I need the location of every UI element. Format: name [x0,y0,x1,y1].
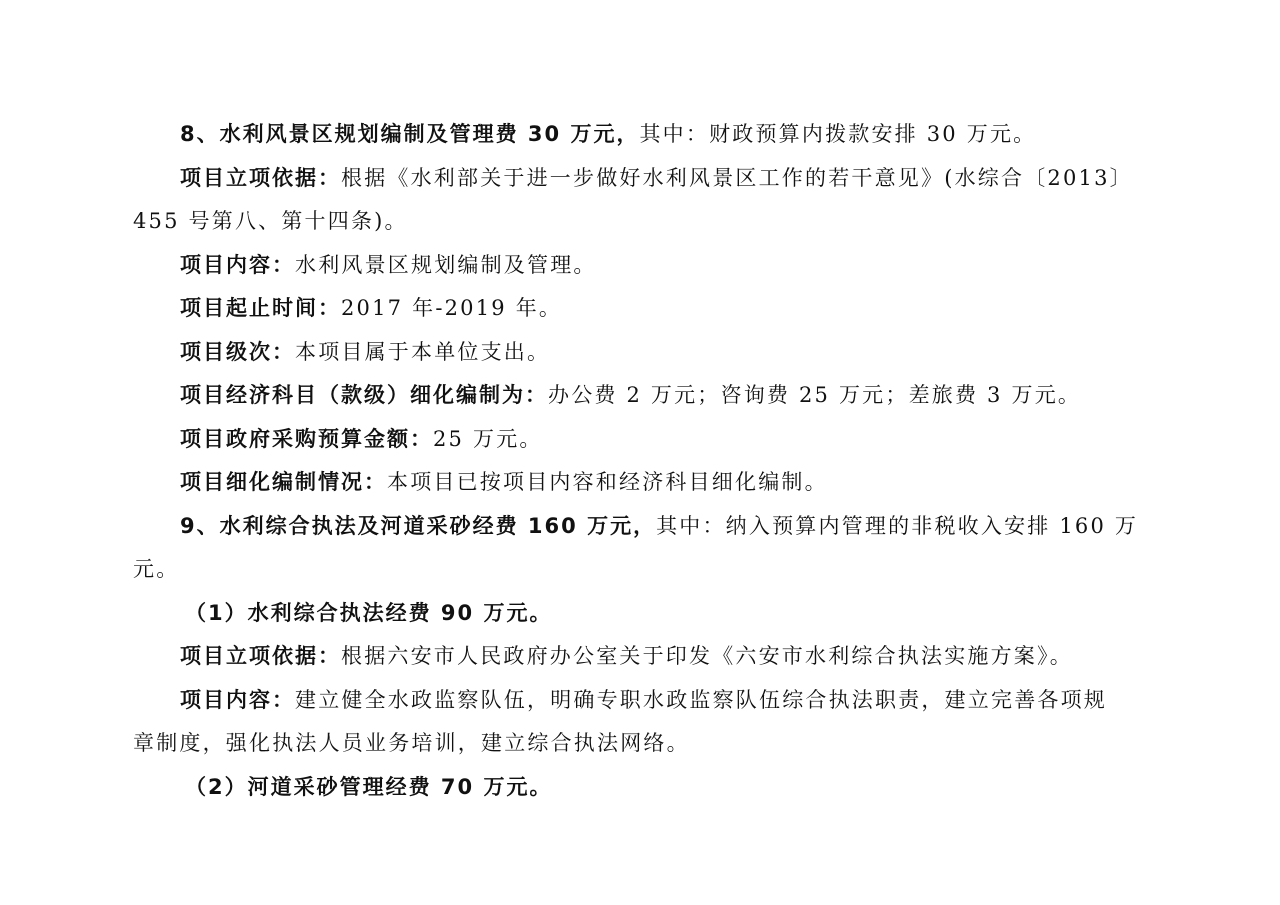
detail-text: 本项目已按项目内容和经济科目细化编制。 [387,470,828,494]
basis-label: 项目立项依据： [180,166,341,190]
item-8-content: 项目内容：水利风景区规划编制及管理。 [133,244,1151,288]
item-8-funding: 其中：财政预算内拨款安排 30 万元。 [639,122,1036,146]
level-label: 项目级次： [180,340,295,364]
basis-text: 根据六安市人民政府办公室关于印发《六安市水利综合执法实施方案》。 [341,644,1073,668]
period-text: 2017 年-2019 年。 [341,296,562,320]
document-page: 8、水利风景区规划编制及管理费 30 万元，其中：财政预算内拨款安排 30 万元… [133,113,1151,809]
content-text: 建立健全水政监察队伍，明确专职水政监察队伍综合执法职责，建立完善各项规 [295,688,1107,712]
item-9-1-heading: （1）水利综合执法经费 90 万元。 [133,592,1151,636]
economic-text: 办公费 2 万元；咨询费 25 万元；差旅费 3 万元。 [548,383,1081,407]
item-8-economic: 项目经济科目（款级）细化编制为：办公费 2 万元；咨询费 25 万元；差旅费 3… [133,374,1151,418]
item-8-basis-line-1: 项目立项依据：根据《水利部关于进一步做好水利风景区工作的若干意见》(水综合〔20… [133,157,1151,201]
item-9-2-heading: （2）河道采砂管理经费 70 万元。 [133,766,1151,810]
item-9-heading: 9、水利综合执法及河道采砂经费 160 万元，其中：纳入预算内管理的非税收入安排… [133,505,1151,549]
item-8-procurement: 项目政府采购预算金额：25 万元。 [133,418,1151,462]
item-8-title: 8、水利风景区规划编制及管理费 30 万元， [180,122,639,146]
item-8-heading: 8、水利风景区规划编制及管理费 30 万元，其中：财政预算内拨款安排 30 万元… [133,113,1151,157]
item-8-basis-line-2: 455 号第八、第十四条)。 [133,200,1151,244]
item-8-period: 项目起止时间：2017 年-2019 年。 [133,287,1151,331]
economic-label: 项目经济科目（款级）细化编制为： [180,383,548,407]
content-text: 水利风景区规划编制及管理。 [295,253,597,277]
item-8-detail: 项目细化编制情况：本项目已按项目内容和经济科目细化编制。 [133,461,1151,505]
item-9-funding: 其中：纳入预算内管理的非税收入安排 160 万 [656,514,1138,538]
item-9-funding-continued: 元。 [133,557,179,581]
content-label: 项目内容： [180,688,295,712]
item-9-1-basis: 项目立项依据：根据六安市人民政府办公室关于印发《六安市水利综合执法实施方案》。 [133,635,1151,679]
basis-label: 项目立项依据： [180,644,341,668]
basis-text-continued: 455 号第八、第十四条)。 [133,209,408,233]
level-text: 本项目属于本单位支出。 [295,340,550,364]
item-8-level: 项目级次：本项目属于本单位支出。 [133,331,1151,375]
item-9-heading-continued: 元。 [133,548,1151,592]
period-label: 项目起止时间： [180,296,341,320]
detail-label: 项目细化编制情况： [180,470,387,494]
procurement-text: 25 万元。 [433,427,543,451]
item-9-1-content-line-1: 项目内容：建立健全水政监察队伍，明确专职水政监察队伍综合执法职责，建立完善各项规 [133,679,1151,723]
content-text-continued: 章制度，强化执法人员业务培训，建立综合执法网络。 [133,731,690,755]
procurement-label: 项目政府采购预算金额： [180,427,433,451]
basis-text: 根据《水利部关于进一步做好水利风景区工作的若干意见》(水综合〔2013〕 [341,166,1133,190]
item-9-1-content-line-2: 章制度，强化执法人员业务培训，建立综合执法网络。 [133,722,1151,766]
item-9-2-title: （2）河道采砂管理经费 70 万元。 [185,775,552,799]
content-label: 项目内容： [180,253,295,277]
item-9-title: 9、水利综合执法及河道采砂经费 160 万元， [180,514,656,538]
item-9-1-title: （1）水利综合执法经费 90 万元。 [185,601,552,625]
